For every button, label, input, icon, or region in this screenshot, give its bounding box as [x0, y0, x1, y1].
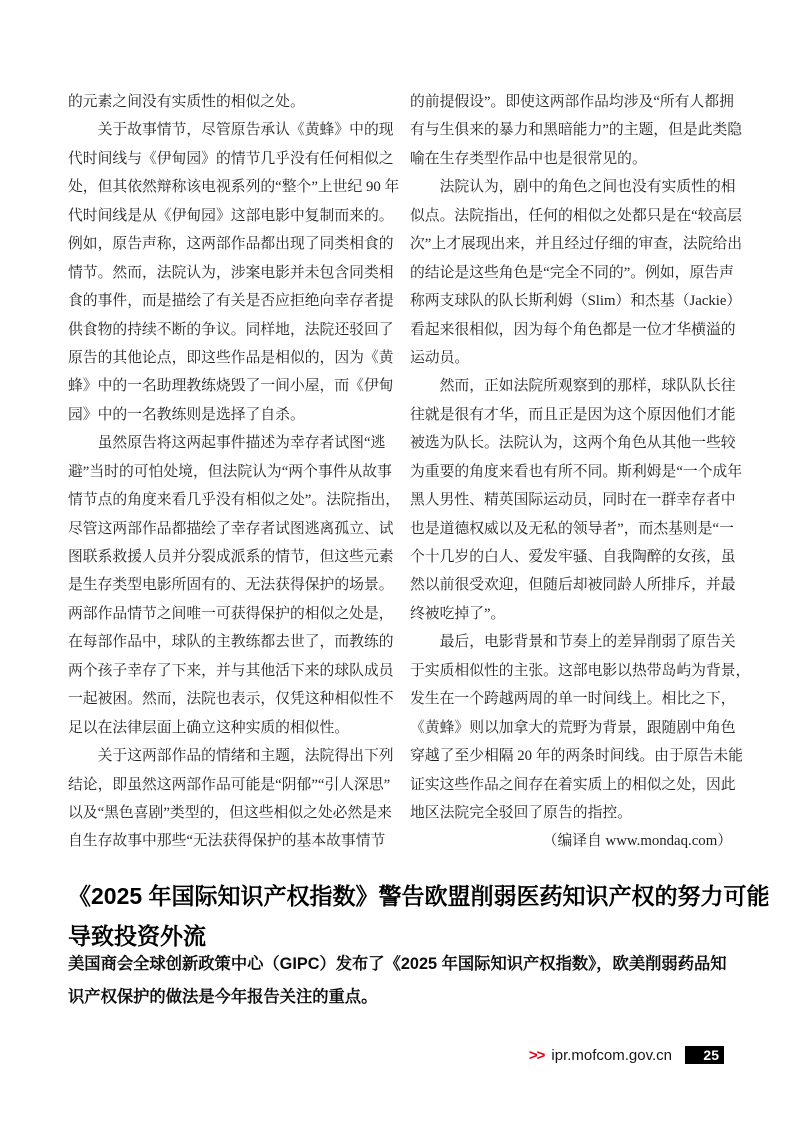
text-line: 两部作品情节之间唯一可获得保护的相似之处是，	[68, 600, 390, 628]
text-line: 运动员。	[410, 344, 732, 372]
right-column-lines: 的前提假设”。即使这两部作品均涉及“所有人都拥有与生俱来的暴力和黑暗能力”的主题…	[410, 88, 732, 827]
text-line: 为重要的角度来看也有所不同。斯利姆是“一个成年	[410, 458, 732, 486]
text-line: 是生存类型电影所固有的、无法获得保护的场景。	[68, 571, 390, 599]
text-line: 于实质相似性的主张。这部电影以热带岛屿为背景，	[410, 657, 732, 685]
text-line: 食的事件，而是描绘了有关是否应拒绝向幸存者提	[68, 287, 390, 315]
article-title: 《2025 年国际知识产权指数》警告欧盟削弱医药知识产权的努力可能导致投资外流	[68, 876, 770, 956]
text-line: 虽然原告将这两起事件描述为幸存者试图“逃	[68, 429, 390, 457]
text-line: 往就是很有才华，而且正是因为这个原因他们才能	[410, 401, 732, 429]
footer-site-url: ipr.mofcom.gov.cn	[551, 1047, 672, 1064]
left-column: 的元素之间没有实质性的相似之处。 关于故事情节，尽管原告承认《黄蜂》中的现代时间…	[68, 88, 390, 856]
text-line: 《黄蜂》则以加拿大的荒野为背景，跟随剧中角色	[410, 714, 732, 742]
text-line: 被选为队长。法院认为，这两个角色从其他一些较	[410, 429, 732, 457]
text-line: 个十几岁的白人、爱发牢骚、自我陶醉的女孩，虽	[410, 543, 732, 571]
text-line: 然以前很受欢迎，但随后却被同龄人所排斥，并最	[410, 571, 732, 599]
text-line: 美国商会全球创新政策中心（GIPC）发布了《2025 年国际知识产权指数》，欧美…	[68, 948, 727, 981]
right-column: 的前提假设”。即使这两部作品均涉及“所有人都拥有与生俱来的暴力和黑暗能力”的主题…	[410, 88, 732, 856]
text-line: 黑人男性、精英国际运动员，同时在一群幸存者中	[410, 486, 732, 514]
text-line: 最后，电影背景和节奏上的差异削弱了原告关	[410, 628, 732, 656]
text-line: 有与生俱来的暴力和黑暗能力”的主题，但是此类隐	[410, 116, 732, 144]
text-line: 证实这些作品之间存在着实质上的相似之处，因此	[410, 771, 732, 799]
text-line: 地区法院完全驳回了原告的指控。	[410, 799, 732, 827]
text-line: 一起被困。然而，法院也表示，仅凭这种相似性不	[68, 685, 390, 713]
page-footer: >> ipr.mofcom.gov.cn 25	[529, 1046, 724, 1064]
text-line: 两个孩子幸存了下来，并与其他活下来的球队成员	[68, 657, 390, 685]
article-lede: 美国商会全球创新政策中心（GIPC）发布了《2025 年国际知识产权指数》，欧美…	[68, 948, 727, 1014]
text-line: 蜂》中的一名助理教练烧毁了一间小屋，而《伊甸	[68, 372, 390, 400]
page-number-badge: 25	[685, 1046, 724, 1064]
text-line: 然而，正如法院所观察到的那样，球队队长往	[410, 372, 732, 400]
text-line: 例如，原告声称，这两部作品都出现了同类相食的	[68, 230, 390, 258]
text-line: 的结论是这些角色是“完全不同的”。例如，原告声	[410, 259, 732, 287]
text-line: 足以在法律层面上确立这种实质的相似性。	[68, 714, 390, 742]
text-line: 法院认为，剧中的角色之间也没有实质性的相	[410, 173, 732, 201]
text-line: 自生存故事中那些“无法获得保护的基本故事情节	[68, 827, 390, 855]
text-line: 发生在一个跨越两周的单一时间线上。相比之下，	[410, 685, 732, 713]
attribution-line: （编译自 www.mondaq.com）	[410, 827, 732, 855]
text-line: 代时间线与《伊甸园》的情节几乎没有任何相似之	[68, 145, 390, 173]
text-line: 称两支球队的队长斯利姆（Slim）和杰基（Jackie）	[410, 287, 732, 315]
text-line: 园》中的一名教练则是选择了自杀。	[68, 401, 390, 429]
text-line: 似点。法院指出，任何的相似之处都只是在“较高层	[410, 202, 732, 230]
text-line: 《2025 年国际知识产权指数》警告欧盟削弱医药知识产权的努力可能	[68, 876, 770, 916]
text-line: 避”当时的可怕处境，但法院认为“两个事件从故事	[68, 458, 390, 486]
text-line: 供食物的持续不断的争议。同样地，法院还驳回了	[68, 316, 390, 344]
text-line: 尽管这两部作品都描绘了幸存者试图逃离孤立、试	[68, 515, 390, 543]
text-line: 情节点的角度来看几乎没有相似之处”。法院指出，	[68, 486, 390, 514]
text-line: 识产权保护的做法是今年报告关注的重点。	[68, 981, 727, 1014]
text-line: 结论，即虽然这两部作品可能是“阴郁”“引人深思”	[68, 771, 390, 799]
text-line: 的元素之间没有实质性的相似之处。	[68, 88, 390, 116]
text-line: 看起来很相似，因为每个角色都是一位才华横溢的	[410, 316, 732, 344]
text-line: 也是道德权威以及无私的领导者”，而杰基则是“一	[410, 515, 732, 543]
text-line: 图联系救援人员并分裂成派系的情节，但这些元素	[68, 543, 390, 571]
text-line: 关于这两部作品的情绪和主题，法院得出下列	[68, 742, 390, 770]
text-line: 情节。然而，法院认为，涉案电影并未包含同类相	[68, 259, 390, 287]
text-line: 穿越了至少相隔 20 年的两条时间线。由于原告未能	[410, 742, 732, 770]
text-line: 原告的其他论点，即这些作品是相似的，因为《黄	[68, 344, 390, 372]
text-line: 以及“黑色喜剧”类型的，但这些相似之处必然是来	[68, 799, 390, 827]
text-line: 代时间线是从《伊甸园》这部电影中复制而来的。	[68, 202, 390, 230]
text-line: 次”上才展现出来，并且经过仔细的审查，法院给出	[410, 230, 732, 258]
text-line: 关于故事情节，尽管原告承认《黄蜂》中的现	[68, 116, 390, 144]
text-line: 处，但其依然辩称该电视系列的“整个”上世纪 90 年	[68, 173, 390, 201]
text-line: 在每部作品中，球队的主教练都去世了，而教练的	[68, 628, 390, 656]
text-line: 终被吃掉了”。	[410, 600, 732, 628]
text-line: 的前提假设”。即使这两部作品均涉及“所有人都拥	[410, 88, 732, 116]
article-case-body: 的元素之间没有实质性的相似之处。 关于故事情节，尽管原告承认《黄蜂》中的现代时间…	[68, 88, 732, 856]
chevron-right-icon: >>	[529, 1047, 545, 1064]
document-page: 的元素之间没有实质性的相似之处。 关于故事情节，尽管原告承认《黄蜂》中的现代时间…	[0, 0, 794, 1123]
text-line: 喻在生存类型作品中也是很常见的。	[410, 145, 732, 173]
